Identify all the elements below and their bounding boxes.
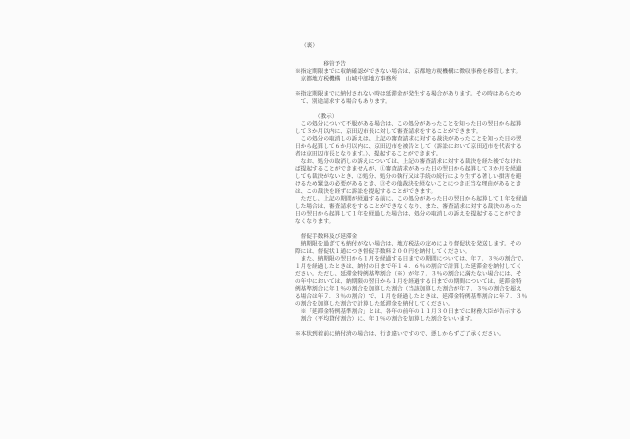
text-line: また、納期限の翌日から１月を経過する日までの期間については、年７．３％の割合で、 [295, 255, 532, 262]
text-line [295, 322, 532, 329]
document-body-text: 移管予告※指定期限までに収納確認ができない場合は、京都地方税機構に徴収事務を移管… [295, 60, 532, 337]
text-line: ※指定期限までに納付されない時は延滞金が発生する場合があります。その時はあらため [295, 90, 532, 97]
text-line: 者は京田辺市長となります。）、提起することができます。 [295, 150, 532, 157]
text-line: ※指定期限までに収納確認ができない場合は、京都地方税機構に徴収事務を移管します。 [295, 67, 532, 74]
text-line: なくなります。 [295, 217, 532, 224]
text-line: 例基準割合に年１％の割合を加算した割合（当該加算した割合が年７．３％の割合を超え [295, 285, 532, 292]
side-label: （裏） [301, 42, 321, 49]
text-line: １月を経過したときは、納付の日まで年１４．６％の割合で計算した延滞金を納付してく [295, 262, 532, 269]
text-line: ださい。ただし、延滞金特例基準割合（※）が年７．３％の割合に満たない場合には、そ [295, 270, 532, 277]
text-line: この処分の取消しの訴えは、上記の審査請求に対する裁決があったことを知った日の翌 [295, 135, 532, 142]
text-line: けるため緊急の必要があるとき、③その他裁決を経ないことにつき正当な理由があるとき [295, 180, 532, 187]
text-line: ただし、上記の期間が経過する前に、この処分があった日の翌日から起算して１年を経過 [295, 195, 532, 202]
text-line: ば提起することができませんが、①審査請求があった日の翌日から起算して３か月を経過 [295, 165, 532, 172]
text-line [295, 105, 532, 112]
text-line: 納期限を過ぎても納付がない場合は、地方税法の定めにより督促状を発送します。その [295, 240, 532, 247]
text-line: 際には、督促状１通につき督促手数料２００円を納付してください。 [295, 247, 532, 254]
text-line: 移管予告 [295, 60, 532, 67]
text-line [295, 225, 532, 232]
text-line: 割合（平均貸付割合）に、年１％の割合を加算した割合をいいます。 [295, 315, 532, 322]
text-line: ※「延滞金特例基準割合」とは、各年の前年の１１月３０日までに財務大臣が告示する [295, 307, 532, 314]
text-line: の年中においては、納期限の翌日から１月を経過する日までの期間については、延滞金特 [295, 277, 532, 284]
text-line: した場合は、審査請求をすることができなくなり、また、審査請求に対する裁決のあった [295, 202, 532, 209]
text-line: 日から起算して６か月以内に、京田辺市を被告として（訴訟において京田辺市を代表する [295, 142, 532, 149]
document-body-container: 移管予告※指定期限までに収納確認ができない場合は、京都地方税機構に徴収事務を移管… [295, 60, 535, 350]
text-line: る場合は年７．３％の割合）で、１月を経過したときは、延滞金特例基準割合に年７．３… [295, 292, 532, 299]
text-line: しても裁決がないとき、②処分、処分の執行又は手続の続行により生ずる著しい損害を避 [295, 172, 532, 179]
text-line: （教示） [295, 112, 532, 119]
text-line: 京都地方税機構 山城中部地方事務所 [295, 75, 532, 82]
text-line [295, 82, 532, 89]
text-line: 日の翌日から起算して１年を経過した場合は、処分の取消しの訴えを提起することができ [295, 210, 532, 217]
text-line: ※本状到着前に納付済の場合は、行き違いですので、悪しからずご了承ください。 [295, 330, 532, 337]
text-line: 督促手数料及び延滞金 [295, 232, 532, 239]
text-line: この処分について不服がある場合は、この処分があったことを知った日の翌日から起算 [295, 120, 532, 127]
side-label-container: （裏） [301, 42, 361, 56]
text-line: は、この裁決を経ずに訴訟を提起することができます。 [295, 187, 532, 194]
text-line: の割合を加算した割合で計算した延滞金を納付してください。 [295, 300, 532, 307]
text-line: なお、処分の取消しの訴えについては、上記の審査請求に対する裁決を経た後でなけれ [295, 157, 532, 164]
document-page: （裏） 移管予告※指定期限までに収納確認ができない場合は、京都地方税機構に徴収事… [0, 0, 630, 439]
text-line: て、別途請求する場合もあります。 [295, 97, 532, 104]
text-line: して３か月以内に、京田辺市長に対して審査請求をすることができます。 [295, 127, 532, 134]
